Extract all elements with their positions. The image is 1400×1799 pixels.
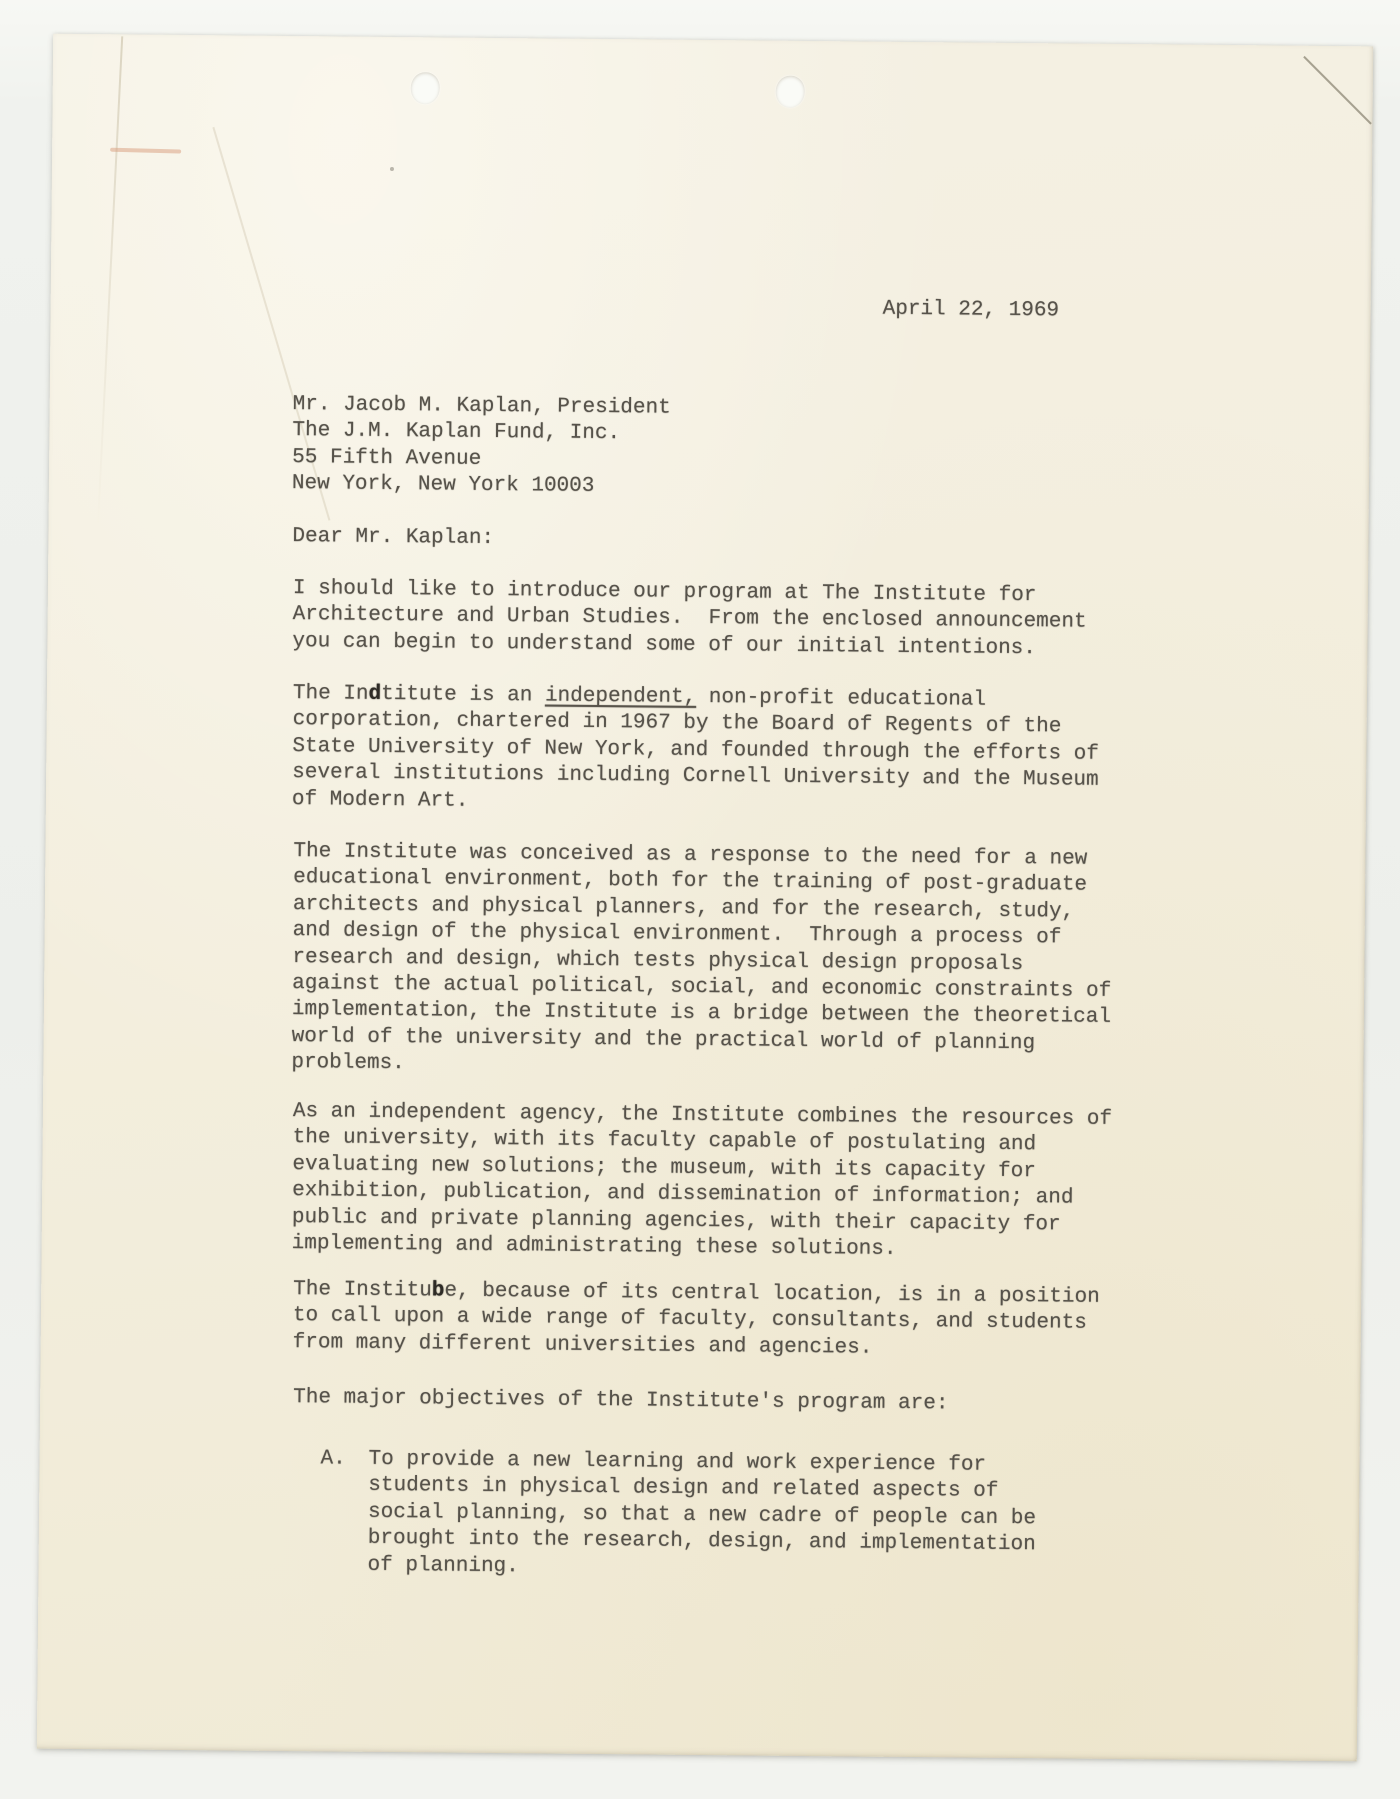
objective-item-a: A. To provide a new learning and work ex…: [319, 1446, 1036, 1585]
objective-text: To provide a new learning and work exper…: [367, 1447, 1036, 1585]
letter-paper: April 22, 1969 Mr. Jacob M. Kaplan, Pres…: [37, 34, 1373, 1762]
crease-mark: [110, 148, 181, 154]
crease-mark: [97, 36, 124, 531]
corner-fold-crease: [1304, 56, 1372, 124]
punch-hole-right: [776, 76, 805, 108]
salutation: Dear Mr. Kaplan:: [292, 524, 494, 552]
objective-label: A.: [319, 1446, 368, 1578]
paragraph-1: I should like to introduce our program a…: [292, 576, 1087, 663]
letter-date: April 22, 1969: [883, 297, 1060, 325]
recipient-address: Mr. Jacob M. Kaplan, PresidentThe J.M. K…: [292, 392, 671, 501]
paragraph-5: The Institube, because of its central lo…: [293, 1277, 1100, 1364]
paragraph-6: The major objectives of the Institute's …: [293, 1385, 949, 1418]
paragraph-2: The Indtitute is an independent, non-pro…: [292, 681, 1100, 821]
paragraph-3: The Institute was conceived as a respons…: [291, 839, 1112, 1085]
paper-speck: [390, 167, 394, 171]
paragraph-4: As an independent agency, the Institute …: [292, 1099, 1113, 1265]
punch-hole-left: [411, 72, 440, 104]
